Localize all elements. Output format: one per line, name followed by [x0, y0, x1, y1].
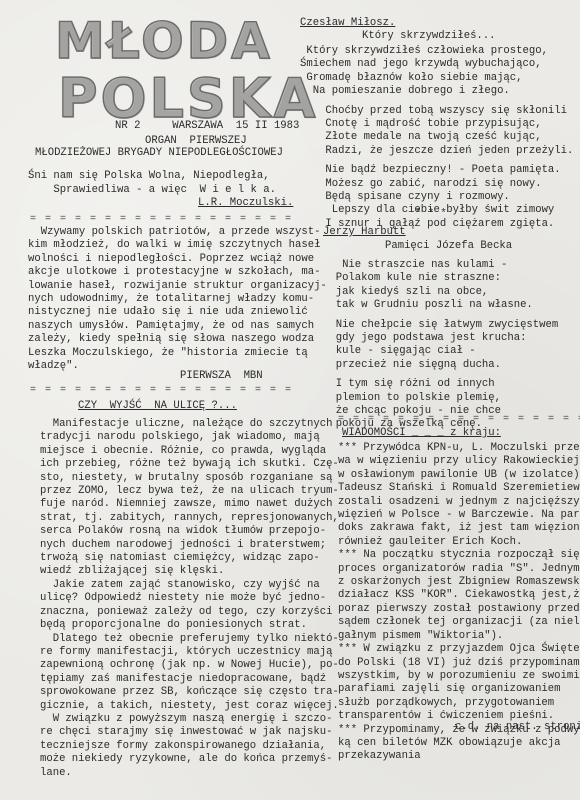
article-line: znaczna, ponieważ zależy od tego, czy ko…	[40, 606, 339, 619]
poem-line: przecież nie sięgną ducha.	[323, 359, 558, 372]
document-page: MŁODA POLSKA NR 2 WARSZAWA 15 II 1983 OR…	[0, 0, 580, 800]
appeal-line: wolności i niepodległości. Poprzez wciąż…	[28, 253, 327, 266]
poem-line: Nie chełpcie się łatwym zwycięstwem	[323, 319, 558, 332]
poem-line: Nie bądź bezpieczny! - Poeta pamięta.	[300, 164, 573, 177]
appeal-line: zależy, kiedy spełnią się słowa naszego …	[28, 333, 327, 346]
poem-line: tak w Grudniu poszli na własne.	[323, 299, 558, 312]
place-date: WARSZAWA 15 II 1983	[172, 120, 299, 132]
article-line: zapewnioną ochronę (jak np. w Nowej Huci…	[40, 659, 339, 672]
poem-line: Możesz go zabić, narodzi się nowy.	[300, 178, 573, 191]
poem-line: Który skrzywdziłeś człowieka prostego,	[300, 45, 573, 58]
poem-line: Złote medale na twoją cześć kując,	[300, 131, 573, 144]
article-line: Dlatego też obecnie preferujemy tylko ni…	[40, 633, 339, 646]
poem-line: I tym się różni od innych	[323, 378, 558, 391]
news-line: przekazywania	[338, 750, 580, 763]
news-line: poraz pierwszy został postawiony przed	[338, 603, 580, 616]
motto-author: L.R. Moczulski.	[198, 197, 293, 209]
article-line: nych duchem narodowej jedności i braters…	[40, 539, 339, 552]
appeal-line: akcje ulotkowe i protestacyjne w szkołac…	[28, 266, 327, 279]
appeal-line: kim młodzież, do walki w imię szczytnych…	[28, 239, 327, 252]
poem-line: plemion to polskie plemię,	[323, 392, 558, 405]
appeal-line: Leszka Moczulskiego, że "historia zmieci…	[28, 347, 327, 360]
article-line: Manifestacje uliczne, należące do szczyt…	[40, 418, 339, 431]
news-line: zostali osadzeni w jednym z najcięższych	[338, 496, 580, 509]
poem-line: Śmiechem nad jego krzywdą wybuchająco,	[300, 58, 573, 71]
article-line: tępiamy zaś manifestacje niedopracowane,…	[40, 673, 339, 686]
news-line: służb porządkowych, przygotowaniem	[338, 697, 580, 710]
news-line: z oskarżonych jest Zbigniew Romaszewski,	[338, 576, 580, 589]
news-line: parafiami zajęli się organizowaniem	[338, 683, 580, 696]
news-line: więzień w Polsce - w Barczewie. Na para-	[338, 509, 580, 522]
article-line: wiedź zbliżającej się klęski.	[40, 565, 339, 578]
appeal-line: naszych umysłów. Pamiętajmy, że od nas s…	[28, 320, 327, 333]
appeal-signature: PIERWSZA MBN	[180, 370, 263, 383]
poem2-title: Pamięci Józefa Becka	[385, 240, 512, 253]
poem-line: kule - sięgając ciał -	[323, 345, 558, 358]
news-line: do Polski (18 VI) już dziś przypominamy	[338, 657, 580, 670]
article-line: tradycji narodu polskiego, jak wiadomo, …	[40, 431, 339, 444]
separator: = = = = = = = = = = = = = = = = = = = = …	[30, 214, 300, 225]
motto-quote: Śni nam się Polska Wolna, Niepodległa, S…	[28, 170, 276, 197]
article-line: ich przebieg, różne też bywają ich skutk…	[40, 458, 339, 471]
article-line: fuje naród. Niemniej zawsze, mimo nawet …	[40, 498, 339, 511]
article-line: może niekiedy ryzykowne, ale do końca pr…	[40, 753, 339, 766]
article-line: miejsce i obecnie. Różnie, co prawda, wy…	[40, 445, 339, 458]
news-line: doks zakrawa fakt, iż jest tam więziony	[338, 522, 580, 535]
issue-number: NR 2	[115, 120, 140, 132]
poem-line: jak kiedyś szli na obce,	[323, 286, 558, 299]
article-line: przez ZOMO, lecz bywa też, że na ulicach…	[40, 485, 339, 498]
news-line: gałnym pismem "Wiktoria").	[338, 630, 580, 643]
article-line: Jakie zatem zająć stanowisko, czy wyjść …	[40, 579, 339, 592]
article-body: Manifestacje uliczne, należące do szczyt…	[40, 418, 339, 780]
poem1-author: Czesław Miłosz.	[300, 17, 395, 30]
poem1-title: Który skrzywdziłeś...	[362, 30, 496, 43]
news-title: WIADOMOŚCI _ _ _ z kraju:	[342, 427, 501, 440]
article-line: gicznie, a takich, niestety, jest coraz …	[40, 700, 339, 713]
article-line: trwożą się natomiast ciemiężcy, widząc z…	[40, 552, 339, 565]
appeal-line: władzę".	[28, 360, 327, 373]
news-line: również gauleiter Erich Koch.	[338, 536, 580, 549]
appeal-text: Wzywamy polskich patriotów, a przede wsz…	[28, 226, 327, 373]
motto-line: Śni nam się Polska Wolna, Niepodległa,	[28, 170, 276, 184]
news-line: sądem członek tej organizacji (za niele-	[338, 616, 580, 629]
poem-line: Choćby przed tobą wszyscy się skłonili	[300, 105, 573, 118]
news-line: ką cen biletów MZK obowiązuje akcja	[338, 737, 580, 750]
article-line: teczniejsze formy zakonspirowanego dział…	[40, 740, 339, 753]
news-line: *** Na początku stycznia rozpoczął się	[338, 549, 580, 562]
article-line: ulicę? Odpowiedź niestety nie może być j…	[40, 592, 339, 605]
poem-line: Gromadę błaznów koło siebie mając,	[300, 72, 573, 85]
poem-line: Cnotę i mądrość tobie przypisując,	[300, 118, 573, 131]
article-line: re formy manifestacji, których uczestnic…	[40, 646, 339, 659]
appeal-line: lowanie haseł, rozwijanie struktur organ…	[28, 280, 327, 293]
news-body: *** Przywódca KPN-u, L. Moczulski przeby…	[338, 442, 580, 764]
organ-line: ORGAN PIERWSZEJ	[145, 135, 247, 147]
poem-line: Polakom kule nie straszne:	[323, 272, 558, 285]
news-line: działacz KSS "KOR". Ciekawostką jest,że	[338, 589, 580, 602]
appeal-line: Wzywamy polskich patriotów, a przede wsz…	[28, 226, 327, 239]
article-line: strat, tj. zabitych, rannych, represjono…	[40, 512, 339, 525]
article-title: CZY WYJŚĆ NA ULICĘ ?...	[78, 400, 237, 413]
news-line: proces organizatorów radia "S". Jednym	[338, 563, 580, 576]
brigade-line: MŁODZIEŻOWEJ BRYGADY NIEPODLEGŁOŚCIOWEJ	[35, 147, 283, 159]
news-line: w osławionym pawilonie UB (w izolatce).	[338, 469, 580, 482]
news-line: Tadeusz Stański i Romuald Szeremietiew	[338, 482, 580, 495]
issue-info: NR 2 WARSZAWA 15 II 1983	[115, 120, 299, 132]
poem2-author: Jerzy Harbutt	[323, 226, 406, 239]
article-line: sprowokowane przez SB, kończące się częs…	[40, 686, 339, 699]
article-line: W związku z powyższym naszą energię i sz…	[40, 713, 339, 726]
separator: = = = = = = = = = = = = = = = = = = = = …	[30, 385, 300, 396]
masthead-title-line1: MŁODA	[55, 12, 273, 70]
masthead-logo: MŁODA POLSKA	[50, 12, 290, 122]
poem2-body: Nie straszcie nas kulami - Polakom kule …	[323, 259, 558, 438]
appeal-line: nistycznej nie udało się i nie uda zniew…	[28, 306, 327, 319]
poem-line: Nie straszcie nas kulami -	[323, 259, 558, 272]
news-line: wa w więzieniu przy ulicy Rakowieckiej,	[338, 455, 580, 468]
appeal-line: nych udowodnimy, że totalitarnej władzy …	[28, 293, 327, 306]
poem-divider: * * *	[415, 208, 447, 221]
article-line: serca Polaków rosną na widok tłumów prze…	[40, 525, 339, 538]
article-line: sto, niestety, w brutalny sposób rozgani…	[40, 472, 339, 485]
news-line: wszystkim, by w porozumieniu ze swoimi	[338, 670, 580, 683]
motto-line: Sprawiedliwa - a więc W i e l k a.	[28, 184, 276, 198]
article-line: re chęci starajmy się inwestować w jak n…	[40, 726, 339, 739]
poem-line: gdy jego podstawa jest krucha:	[323, 332, 558, 345]
news-line: *** W związku z przyjazdem Ojca Świętego	[338, 643, 580, 656]
continued-note: c.d. na nast. stronie	[455, 721, 580, 734]
article-line: będą proporcjonalne do poniesionych stra…	[40, 619, 339, 632]
article-line: lane.	[40, 767, 339, 780]
news-line: *** Przywódca KPN-u, L. Moczulski przeby…	[338, 442, 580, 455]
poem-line: Będą spisane czyny i rozmowy.	[300, 191, 573, 204]
separator: = = = = = = = = = = = = = = = = = = = = …	[338, 414, 580, 425]
poem-line: Radzi, że jeszcze dzień jeden przeżyli.	[300, 145, 573, 158]
poem-line: Na pomieszanie dobrego i złego.	[300, 85, 573, 98]
